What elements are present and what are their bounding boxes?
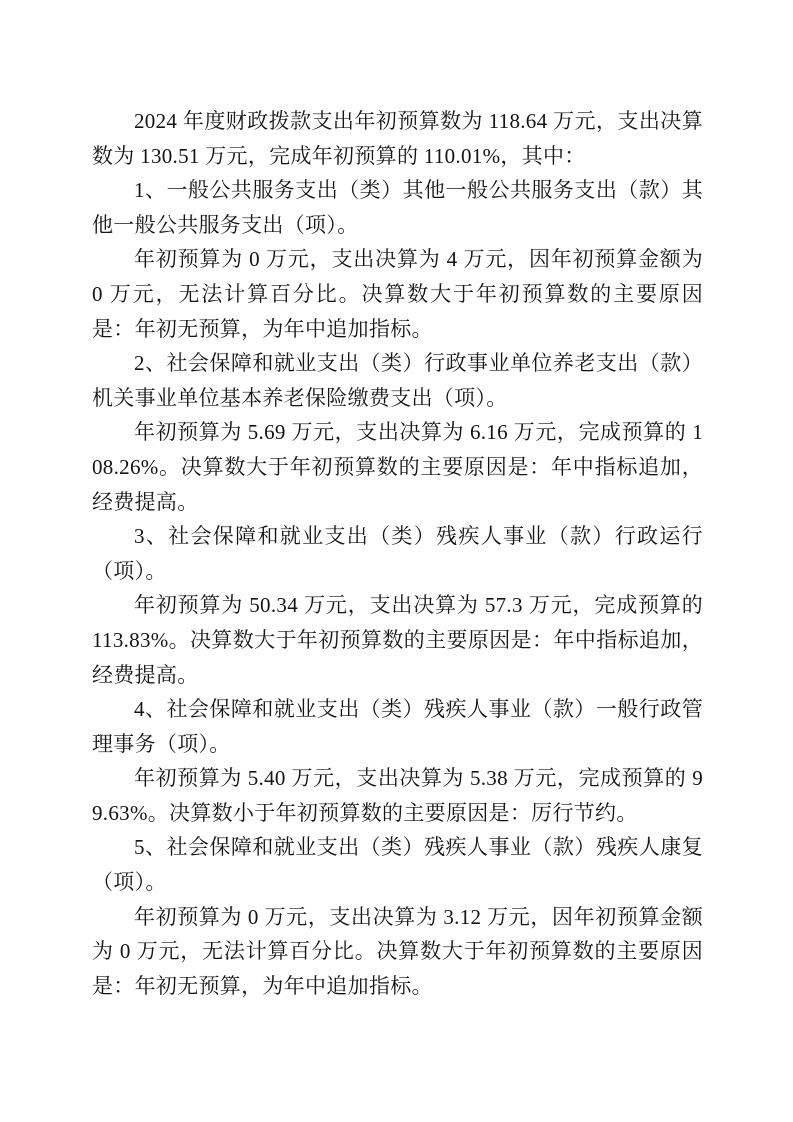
paragraph-item-5-heading: 5、社会保障和就业支出（类）残疾人事业（款）残疾人康复（项）。 (92, 830, 703, 899)
document-body: 2024 年度财政拨款支出年初预算数为 118.64 万元，支出决算数为 130… (92, 104, 703, 1003)
document-page: 2024 年度财政拨款支出年初预算数为 118.64 万元，支出决算数为 130… (0, 0, 793, 1122)
paragraph-summary-total: 2024 年度财政拨款支出年初预算数为 118.64 万元，支出决算数为 130… (92, 104, 703, 173)
paragraph-item-3-detail: 年初预算为 50.34 万元，支出决算为 57.3 万元，完成预算的 113.8… (92, 588, 703, 692)
paragraph-item-4-heading: 4、社会保障和就业支出（类）残疾人事业（款）一般行政管理事务（项）。 (92, 692, 703, 761)
paragraph-item-3-heading: 3、社会保障和就业支出（类）残疾人事业（款）行政运行（项）。 (92, 519, 703, 588)
paragraph-item-5-detail: 年初预算为 0 万元，支出决算为 3.12 万元，因年初预算金额为 0 万元，无… (92, 900, 703, 1004)
paragraph-item-1-heading: 1、一般公共服务支出（类）其他一般公共服务支出（款）其他一般公共服务支出（项）。 (92, 173, 703, 242)
paragraph-item-4-detail: 年初预算为 5.40 万元，支出决算为 5.38 万元，完成预算的 99.63%… (92, 761, 703, 830)
paragraph-item-2-heading: 2、社会保障和就业支出（类）行政事业单位养老支出（款）机关事业单位基本养老保险缴… (92, 346, 703, 415)
paragraph-item-1-detail: 年初预算为 0 万元，支出决算为 4 万元，因年初预算金额为 0 万元，无法计算… (92, 242, 703, 346)
paragraph-item-2-detail: 年初预算为 5.69 万元，支出决算为 6.16 万元，完成预算的 108.26… (92, 415, 703, 519)
